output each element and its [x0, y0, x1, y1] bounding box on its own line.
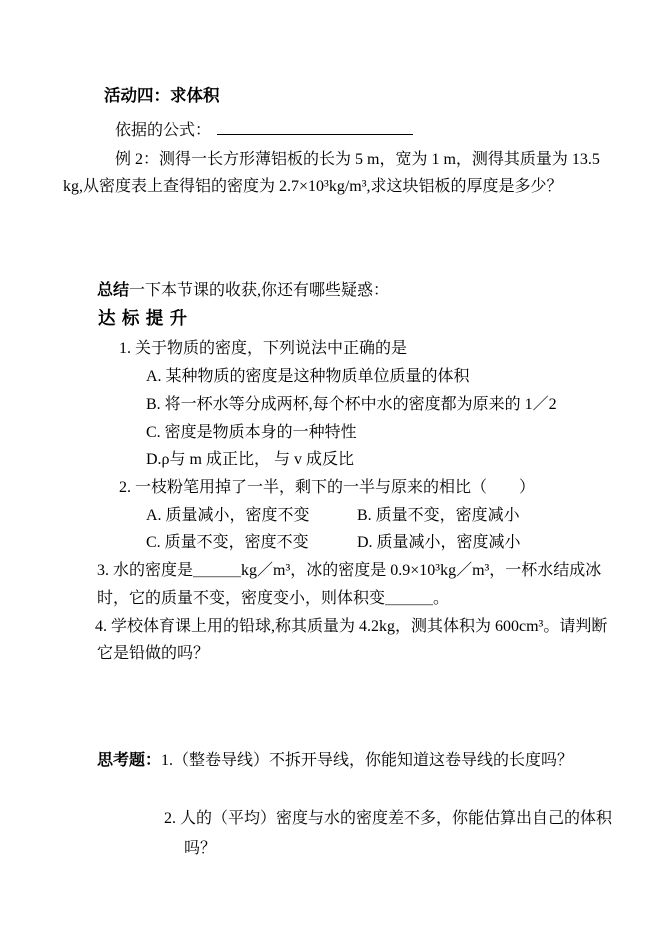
- q2-stem: 2. 一枝粉笔用掉了一半，剩下的一半与原来的相比（ ）: [119, 479, 535, 497]
- formula-label: 依据的公式：: [115, 122, 211, 139]
- example2-line2: kg,从密度表上查得铝的密度为 2.7×10³kg/m³,求这块铝板的厚度是多少…: [63, 178, 563, 196]
- q1-option-d: D.ρ与 m 成正比， 与 v 成反比: [146, 451, 354, 469]
- q2-option-b: B. 质量不变，密度减小: [357, 507, 520, 525]
- q3-line1: 3. 水的密度是＿＿＿kg／m³，冰的密度是 0.9×10³kg／m³，一杯水结…: [97, 562, 601, 580]
- q1-option-c: C. 密度是物质本身的一种特性: [146, 424, 357, 442]
- thinking-q1: 1.（整卷导线）不拆开导线，你能知道这卷导线的长度吗？: [161, 752, 573, 769]
- q4-line1: 4. 学校体育课上用的铅球,称其质量为 4.2kg，测其体积为 600cm³。请…: [95, 618, 607, 636]
- thinking-bold-prefix: 思考题：: [97, 752, 161, 769]
- q2-option-c: C. 质量不变，密度不变: [146, 534, 309, 552]
- q3-line2: 时，它的质量不变，密度变小，则体积变＿＿＿。: [97, 590, 449, 608]
- formula-blank: [217, 119, 413, 135]
- q2-option-d: D. 质量减小，密度减小: [357, 534, 521, 552]
- q4-line2: 它是铅做的吗？: [97, 645, 209, 663]
- q1-stem: 1. 关于物质的密度，下列说法中正确的是: [119, 340, 407, 358]
- activity4-title: 活动四：求体积: [104, 87, 220, 106]
- summary-bold-prefix: 总结: [97, 282, 129, 299]
- thinking-q2-line1: 2. 人的（平均）密度与水的密度差不多，你能估算出自己的体积: [164, 810, 612, 828]
- summary-line: 总结一下本节课的收获,你还有哪些疑惑：: [97, 282, 389, 300]
- q1-option-a: A. 某种物质的密度是这种物质单位质量的体积: [146, 368, 470, 386]
- summary-rest: 一下本节课的收获,你还有哪些疑惑：: [129, 282, 389, 299]
- worksheet-page: 活动四：求体积 依据的公式： 例 2：测得一长方形薄铝板的长为 5 m，宽为 1…: [0, 0, 661, 935]
- example2-line1: 例 2：测得一长方形薄铝板的长为 5 m，宽为 1 m，测得其质量为 13.5: [115, 151, 600, 169]
- thinking-q2-line2: 吗？: [184, 840, 216, 858]
- q1-option-b: B. 将一杯水等分成两杯,每个杯中水的密度都为原来的 1／2: [146, 396, 557, 414]
- formula-line: 依据的公式：: [115, 119, 413, 140]
- q2-option-a: A. 质量减小，密度不变: [146, 507, 310, 525]
- thinking-line1: 思考题：1.（整卷导线）不拆开导线，你能知道这卷导线的长度吗？: [97, 752, 573, 770]
- assessment-heading: 达 标 提 升: [98, 308, 188, 328]
